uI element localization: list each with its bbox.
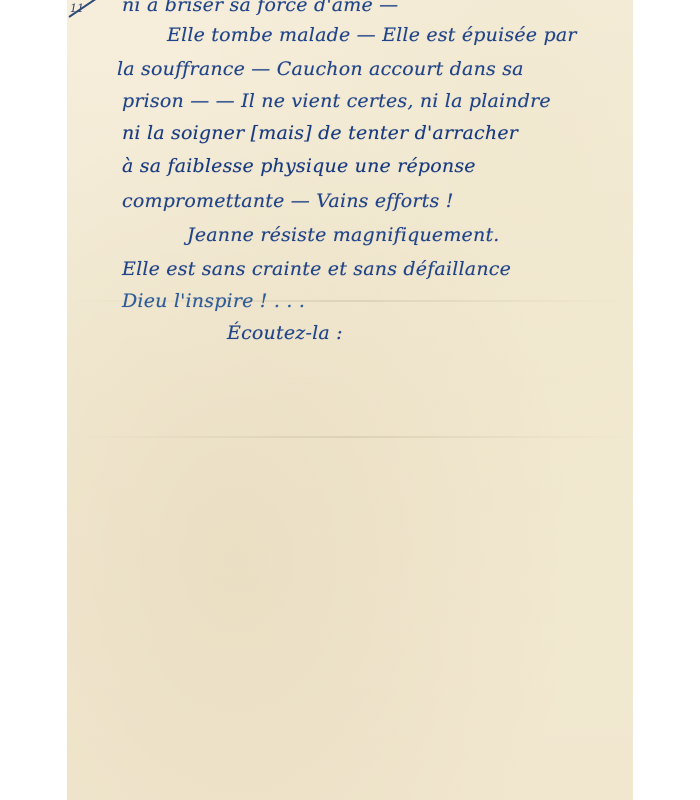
manuscript-page: 11 ni à briser sa force d'âme — Elle tom… (67, 0, 633, 800)
manuscript-line: ni la soigner [mais] de tenter d'arrache… (122, 122, 518, 144)
manuscript-line: ni à briser sa force d'âme — (122, 0, 398, 16)
margin-page-mark: 11 (67, 2, 107, 36)
manuscript-line: Elle tombe malade — Elle est épuisée par (167, 24, 577, 46)
paper-fold-line (67, 436, 633, 438)
manuscript-line: à sa faiblesse physique une réponse (122, 155, 476, 177)
manuscript-line: Écoutez-la : (227, 322, 343, 344)
manuscript-line: la souffrance — Cauchon accourt dans sa (117, 58, 524, 80)
manuscript-line: Jeanne résiste magnifiquement. (187, 224, 500, 246)
manuscript-line: prison — — Il ne vient certes, ni la pla… (122, 90, 551, 112)
manuscript-line: compromettante — Vains efforts ! (122, 190, 454, 212)
manuscript-line: Elle est sans crainte et sans défaillanc… (122, 258, 511, 280)
manuscript-line: Dieu l'inspire ! . . . (122, 290, 305, 312)
